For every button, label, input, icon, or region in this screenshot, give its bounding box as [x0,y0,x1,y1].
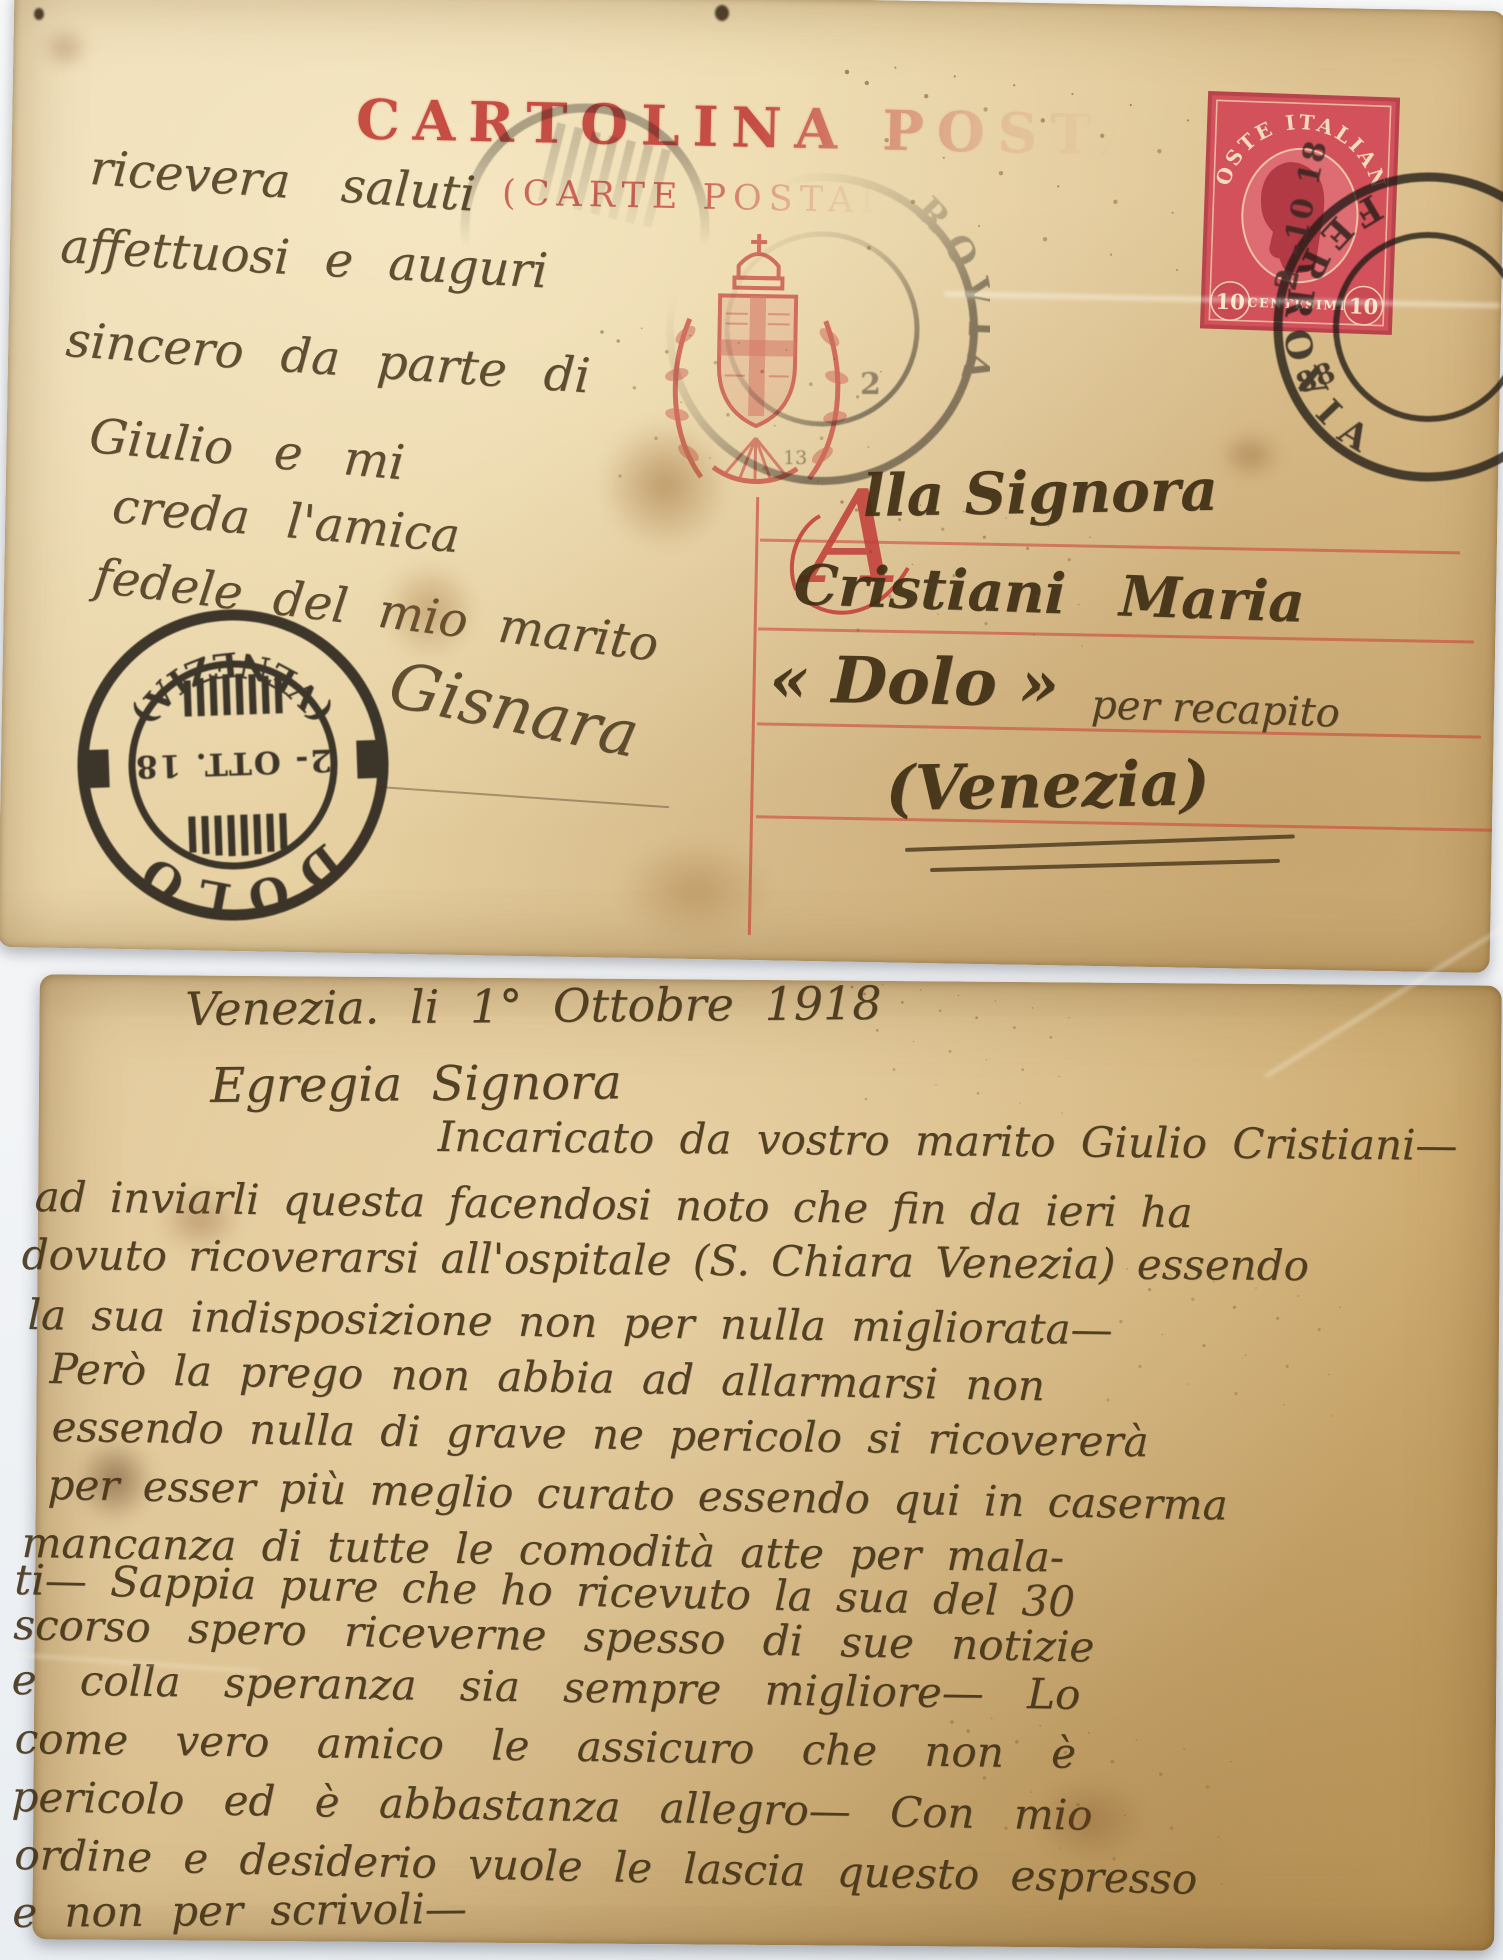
postmark-faint-arc-icon [450,78,720,338]
stain [1205,420,1295,490]
back-line-15: e non per scrivoli— [12,1884,467,1937]
address-line-3-note: per recapito [1090,682,1340,737]
speckle-cluster [950,1720,954,1724]
speckle-cluster [1090,1270,1093,1273]
postcard-scan: { "document": { "type": "Scanned Italian… [0,0,1503,1960]
stain [140,1175,260,1265]
svg-text:2: 2 [860,367,881,402]
ink-fleck [715,5,729,21]
speckle-cluster [600,330,604,334]
speckle-cluster [851,986,854,989]
stain [360,540,500,680]
stain [1010,1760,1170,1880]
address-line-4: (Venezia) [885,746,1210,825]
speckle-cluster [840,500,843,503]
address-line-3: « Dolo » [769,642,1060,722]
address-line-1: lla Signora [862,456,1218,530]
svg-text:10: 10 [1215,290,1245,316]
svg-text:2- OTT. 18: 2- OTT. 18 [133,742,332,785]
ink-fleck [34,8,44,20]
stain [30,18,100,78]
stain [585,815,805,965]
postmark-dolo-venezia-icon: DOLO (VENEZIA) 2- OTT. 18 [63,595,403,935]
stain [575,395,755,575]
svg-text:(VENEZIA): (VENEZIA) [119,639,341,737]
speckle-cluster [845,70,849,74]
back-salutation: Egregia Signora [210,1054,622,1114]
back-dateline: Venezia. li 1° Ottobre 1918 [185,976,882,1036]
back-line-1: Incaricato da vostro marito Giulio Crist… [438,1112,1458,1170]
stain [60,1420,170,1540]
